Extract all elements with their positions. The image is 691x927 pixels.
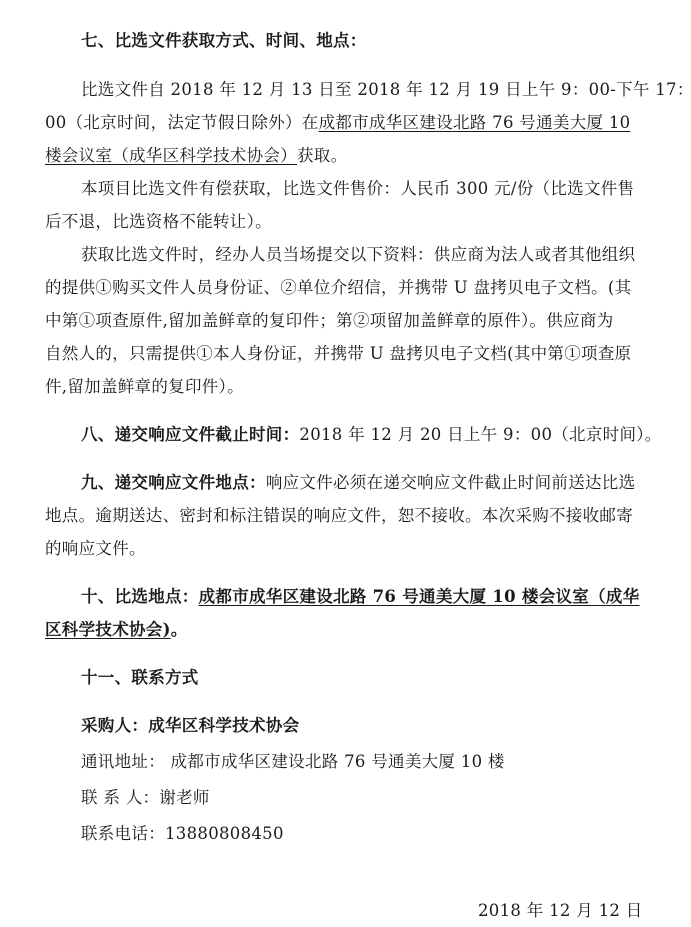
section7-para3-line4: 自然人的，只需提供①本人身份证，并携带 U 盘拷贝电子文档(其中第①项查原 [45,344,631,364]
section7-heading: 七、比选文件获取方式、时间、地点： [81,31,367,51]
section10-address-underlined: 成都市成华区建设北路 76 号通美大厦 10 楼会议室（成华 [199,587,640,606]
section8: 八、递交响应文件截止时间：2018 年 12 月 20 日上午 9：00（北京时… [81,425,662,445]
purchaser: 采购人：成华区科学技术协会 [81,716,299,736]
section10-heading: 十、比选地点： [81,587,199,606]
contact-person: 联 系 人：谢老师 [81,788,210,808]
section7-para1-line3: 楼会议室（成华区科学技术协会）获取。 [45,146,347,166]
section10-line1: 十、比选地点：成都市成华区建设北路 76 号通美大厦 10 楼会议室（成华 [81,587,640,607]
section7-para1-line1: 比选文件自 2018 年 12 月 13 日至 2018 年 12 月 19 日… [81,80,691,100]
section9-line3: 的响应文件。 [45,539,146,559]
section9-line1: 九、递交响应文件地点：响应文件必须在递交响应文件截止时间前送达比选 [81,473,635,493]
obtain-text: 获取。 [297,146,347,165]
section11-heading: 十一、联系方式 [81,668,199,688]
document-date: 2018 年 12 月 12 日 [478,901,643,921]
contact-phone: 联系电话：13880808450 [81,824,284,844]
section7-para2-line1: 本项目比选文件有偿获取，比选文件售价：人民币 300 元/份（比选文件售 [81,179,634,199]
section10-period: 。 [171,620,188,639]
section7-para2-line2: 后不退，比选资格不能转让）。 [45,212,272,232]
section7-para3-line5: 件,留加盖鲜章的复印件）。 [45,377,244,397]
location-address-underlined: 成都市成华区建设北路 76 号通美大厦 10 [319,113,631,132]
contact-address: 通讯地址： 成都市成华区建设北路 76 号通美大厦 10 楼 [81,752,505,772]
section8-heading: 八、递交响应文件截止时间： [81,425,299,444]
section10-line2: 区科学技术协会)。 [45,620,188,640]
section7-para3-line3: 中第①项查原件,留加盖鲜章的复印件；第②项留加盖鲜章的原件）。供应商为 [45,311,614,331]
section7-para1-line2: 00（北京时间，法定节假日除外）在成都市成华区建设北路 76 号通美大厦 10 [45,113,630,133]
location-room-underlined: 楼会议室（成华区科学技术协会） [45,146,297,165]
section9-text: 响应文件必须在递交响应文件截止时间前送达比选 [266,473,636,492]
section9-line2: 地点。逾期送达、密封和标注错误的响应文件，恕不接收。本次采购不接收邮寄 [45,506,633,526]
section9-heading: 九、递交响应文件地点： [81,473,266,492]
time-note: 00（北京时间，法定节假日除外）在 [45,113,319,132]
section7-para3-line2: 的提供①购买文件人员身份证、②单位介绍信，并携带 U 盘拷贝电子文档。(其 [45,278,631,298]
section7-para3-line1: 获取比选文件时，经办人员当场提交以下资料：供应商为法人或者其他组织 [81,245,635,265]
section8-deadline: 2018 年 12 月 20 日上午 9：00（北京时间）。 [299,425,661,444]
section10-org-underlined: 区科学技术协会) [45,620,171,639]
